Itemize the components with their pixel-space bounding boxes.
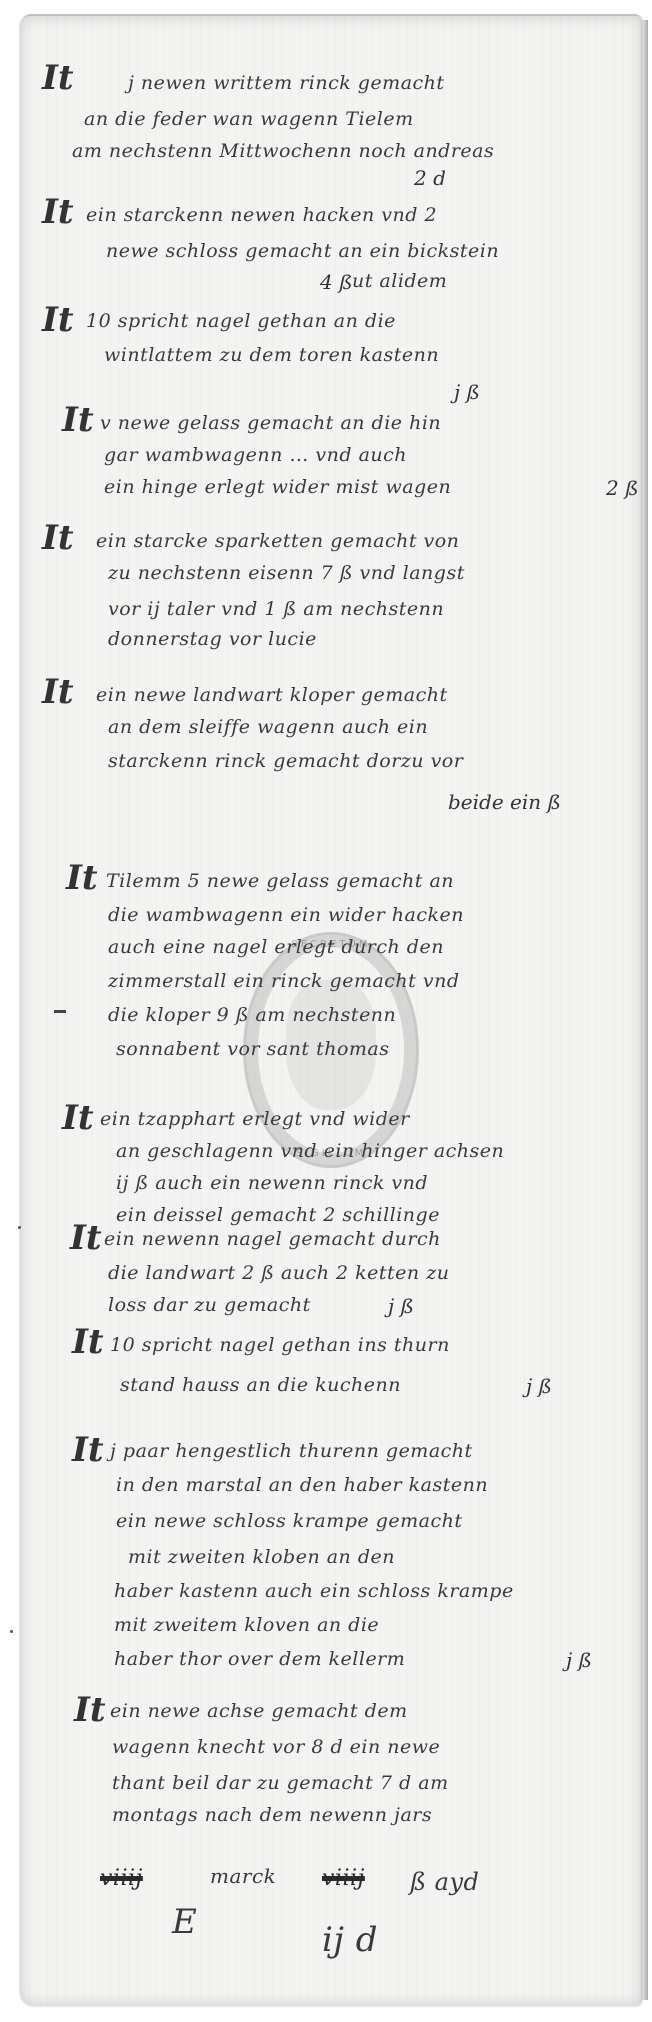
entry-line: ein starckenn newen hacken vnd 2: [86, 204, 437, 226]
entry-amount: 2 d: [414, 166, 446, 190]
margin-tick: [54, 1010, 66, 1013]
entry-line: an geschlagenn vnd ein hinger achsen: [116, 1140, 504, 1162]
item-mark: It: [62, 400, 94, 440]
entry-line: ein tzapphart erlegt vnd wider: [100, 1108, 410, 1130]
total-word-right: ß ayd: [410, 1868, 479, 1896]
item-mark: It: [74, 1690, 106, 1730]
entry-line: auch eine nagel erlegt durch den: [108, 936, 444, 958]
entry-line: gar wambwagenn … vnd auch: [104, 444, 407, 466]
entry-line: j newen writtem rinck gemacht: [128, 72, 445, 94]
entry-line: wagenn knecht vor 8 d ein newe: [112, 1736, 440, 1758]
entry-line: ein newe schloss krampe gemacht: [116, 1510, 462, 1532]
struck-total-left: viiij: [100, 1866, 143, 1891]
entry-line: haber thor over dem kellerm: [114, 1648, 405, 1670]
entry-amount: j ß: [526, 1374, 552, 1398]
entry-line: 10 spricht nagel gethan ins thurn: [110, 1334, 450, 1356]
struck-total-right: viiij: [322, 1866, 365, 1891]
entry-line: ein newe achse gemacht dem: [110, 1700, 408, 1722]
entry-amount: 4 ß: [320, 270, 352, 294]
entry-line: loss dar zu gemacht: [108, 1294, 311, 1316]
item-mark: It: [42, 192, 74, 232]
entry-line: ein hinge erlegt wider mist wagen: [104, 476, 451, 498]
item-mark: It: [42, 300, 74, 340]
item-mark: It: [72, 1322, 104, 1362]
entry-line: die wambwagenn ein wider hacken: [108, 904, 464, 926]
entry-line: ut alidem: [352, 270, 447, 292]
entry-line: ein newenn nagel gemacht durch: [104, 1228, 441, 1250]
entry-line: v newe gelass gemacht an die hin: [100, 412, 441, 434]
paper-right-edge: [640, 20, 648, 2000]
entry-line: j paar hengestlich thurenn gemacht: [110, 1440, 473, 1462]
entry-line: in den marstal an den haber kastenn: [116, 1474, 488, 1496]
entry-line: die landwart 2 ß auch 2 ketten zu: [108, 1262, 449, 1284]
ink-dot: [18, 1226, 21, 1229]
entry-line: Tilemm 5 newe gelass gemacht an: [106, 870, 454, 892]
entry-line: thant beil dar zu gemacht 7 d am: [112, 1772, 449, 1794]
item-mark: It: [62, 1098, 94, 1138]
entry-line: 10 spricht nagel gethan an die: [86, 310, 396, 332]
entry-line: newe schloss gemacht an ein bickstein: [106, 240, 499, 262]
total-below-left: E: [172, 1902, 197, 1942]
entry-line: ein deissel gemacht 2 schillinge: [116, 1204, 440, 1226]
item-mark: It: [70, 1218, 102, 1258]
entry-line: mit zweitem kloven an die: [114, 1614, 379, 1636]
entry-amount: beide ein ß: [448, 790, 561, 814]
entry-line: vor ij taler vnd 1 ß am nechstenn: [108, 598, 444, 620]
item-mark: It: [42, 518, 74, 558]
entry-amount: j ß: [388, 1294, 414, 1318]
entry-line: die kloper 9 ß am nechstenn: [108, 1004, 396, 1026]
entry-line: ein newe landwart kloper gemacht: [96, 684, 448, 706]
entry-amount: j ß: [454, 380, 480, 404]
entry-line: zu nechstenn eisenn 7 ß vnd langst: [108, 562, 465, 584]
entry-line: stand hauss an die kuchenn: [120, 1374, 401, 1396]
entry-line: wintlattem zu dem toren kastenn: [104, 344, 439, 366]
entry-line: mit zweiten kloben an den: [128, 1546, 395, 1568]
entry-line: haber kastenn auch ein schloss krampe: [114, 1580, 514, 1602]
item-mark: It: [72, 1430, 104, 1470]
entry-line: sonnabent vor sant thomas: [116, 1038, 390, 1060]
ink-dot: [10, 1630, 13, 1633]
entry-line: ij ß auch ein newenn rinck vnd: [116, 1172, 428, 1194]
item-mark: It: [42, 58, 74, 98]
item-mark: It: [66, 858, 98, 898]
entry-amount: 2 ß: [606, 476, 638, 500]
entry-line: zimmerstall ein rinck gemacht vnd: [108, 970, 459, 992]
entry-line: ein starcke sparketten gemacht von: [96, 530, 459, 552]
entry-line: donnerstag vor lucie: [108, 628, 317, 650]
entry-line: an die feder wan wagenn Tielem: [84, 108, 414, 130]
entry-line: montags nach dem newenn jars: [112, 1804, 432, 1826]
entry-line: starckenn rinck gemacht dorzu vor: [108, 750, 463, 772]
entry-line: am nechstenn Mittwochenn noch andreas: [72, 140, 494, 162]
total-word-left: marck: [210, 1864, 276, 1888]
total-below-right: ij d: [322, 1920, 378, 1960]
entry-amount: j ß: [566, 1648, 592, 1672]
item-mark: It: [42, 672, 74, 712]
entry-line: an dem sleiffe wagenn auch ein: [108, 716, 428, 738]
